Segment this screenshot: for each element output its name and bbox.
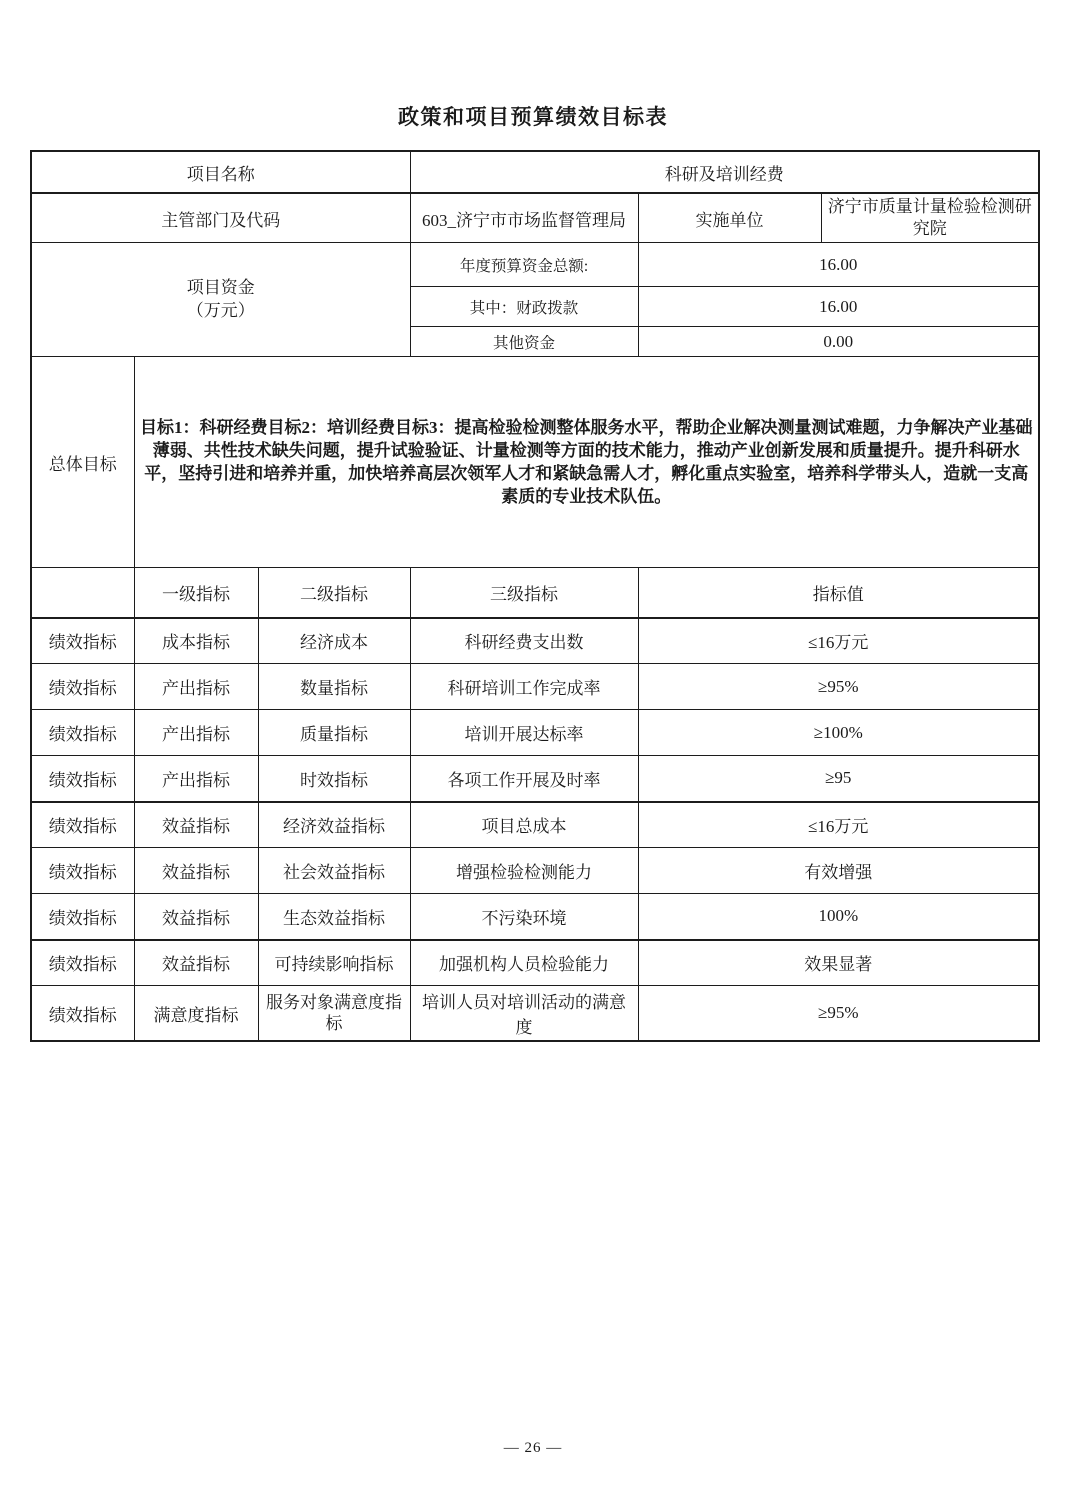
indicator-category-cell: 绩效指标 (31, 848, 134, 894)
project-funds-label-cell: 项目资金 （万元） (31, 243, 410, 357)
indicator-category-cell: 绩效指标 (31, 894, 134, 940)
dept-code-value-cell: 603_济宁市市场监督管理局 (410, 193, 638, 243)
indicator-row: 绩效指标 效益指标 生态效益指标 不污染环境 100% (31, 894, 1039, 940)
impl-unit-label-cell: 实施单位 (638, 193, 821, 243)
indicator-level2-cell: 经济成本 (258, 618, 410, 664)
indicator-header-row: 一级指标 二级指标 三级指标 指标值 (31, 568, 1039, 618)
department-row: 主管部门及代码 603_济宁市市场监督管理局 实施单位 济宁市质量计量检验检测研… (31, 193, 1039, 243)
page-number: — 26 — (0, 1440, 1066, 1457)
overall-goal-label-cell: 总体目标 (31, 357, 134, 568)
overall-goal-row: 总体目标 目标1：科研经费目标2：培训经费目标3：提高检验检测整体服务水平，帮助… (31, 357, 1039, 568)
indicator-level3-cell: 培训开展达标率 (410, 710, 638, 756)
indicator-value-cell: ≤16万元 (638, 618, 1039, 664)
indicator-row: 绩效指标 产出指标 时效指标 各项工作开展及时率 ≥95 (31, 756, 1039, 802)
indicator-value-cell: ≥100% (638, 710, 1039, 756)
project-name-value-cell: 科研及培训经费 (410, 151, 1039, 193)
indicator-level2-cell: 质量指标 (258, 710, 410, 756)
indicator-level1-cell: 满意度指标 (134, 986, 258, 1042)
indicator-level1-cell: 成本指标 (134, 618, 258, 664)
indicator-category-cell: 绩效指标 (31, 802, 134, 848)
indicator-level2-cell: 经济效益指标 (258, 802, 410, 848)
funds-total-value-cell: 16.00 (638, 243, 1039, 287)
indicator-header-corner-cell (31, 568, 134, 618)
project-name-row: 项目名称 科研及培训经费 (31, 151, 1039, 193)
indicator-row: 绩效指标 效益指标 经济效益指标 项目总成本 ≤16万元 (31, 802, 1039, 848)
indicator-header-level3-cell: 三级指标 (410, 568, 638, 618)
indicator-row: 绩效指标 效益指标 社会效益指标 增强检验检测能力 有效增强 (31, 848, 1039, 894)
indicator-row: 绩效指标 产出指标 质量指标 培训开展达标率 ≥100% (31, 710, 1039, 756)
indicator-level3-cell: 培训人员对培训活动的满意度 (410, 986, 638, 1042)
indicator-category-cell: 绩效指标 (31, 710, 134, 756)
indicator-category-cell: 绩效指标 (31, 618, 134, 664)
indicator-level1-cell: 产出指标 (134, 664, 258, 710)
indicator-level2-cell: 时效指标 (258, 756, 410, 802)
indicator-value-cell: ≤16万元 (638, 802, 1039, 848)
indicator-category-cell: 绩效指标 (31, 756, 134, 802)
indicator-value-cell: ≥95% (638, 664, 1039, 710)
overall-goal-text-cell: 目标1：科研经费目标2：培训经费目标3：提高检验检测整体服务水平，帮助企业解决测… (134, 357, 1039, 568)
indicator-level1-cell: 效益指标 (134, 848, 258, 894)
funds-total-label-cell: 年度预算资金总额: (410, 243, 638, 287)
indicator-value-cell: ≥95% (638, 986, 1039, 1042)
funds-other-label-cell: 其他资金 (410, 327, 638, 357)
indicator-category-cell: 绩效指标 (31, 940, 134, 986)
dept-code-label-cell: 主管部门及代码 (31, 193, 410, 243)
budget-performance-table: 项目名称 科研及培训经费 主管部门及代码 603_济宁市市场监督管理局 实施单位… (30, 150, 1040, 1042)
indicator-header-level2-cell: 二级指标 (258, 568, 410, 618)
indicator-row: 绩效指标 成本指标 经济成本 科研经费支出数 ≤16万元 (31, 618, 1039, 664)
funds-other-value-cell: 0.00 (638, 327, 1039, 357)
indicator-level2-cell: 服务对象满意度指标 (258, 986, 410, 1042)
indicator-header-level1-cell: 一级指标 (134, 568, 258, 618)
indicator-row: 绩效指标 效益指标 可持续影响指标 加强机构人员检验能力 效果显著 (31, 940, 1039, 986)
indicator-level1-cell: 效益指标 (134, 894, 258, 940)
indicator-level2-cell: 数量指标 (258, 664, 410, 710)
indicator-level2-cell: 社会效益指标 (258, 848, 410, 894)
indicator-level1-cell: 效益指标 (134, 940, 258, 986)
indicator-level2-cell: 生态效益指标 (258, 894, 410, 940)
indicator-value-cell: ≥95 (638, 756, 1039, 802)
indicator-level3-cell: 各项工作开展及时率 (410, 756, 638, 802)
indicator-row: 绩效指标 产出指标 数量指标 科研培训工作完成率 ≥95% (31, 664, 1039, 710)
impl-unit-value-cell: 济宁市质量计量检验检测研究院 (821, 193, 1039, 243)
indicator-level3-cell: 加强机构人员检验能力 (410, 940, 638, 986)
funds-fiscal-value-cell: 16.00 (638, 287, 1039, 327)
indicator-value-cell: 效果显著 (638, 940, 1039, 986)
indicator-header-value-cell: 指标值 (638, 568, 1039, 618)
indicator-level3-cell: 科研经费支出数 (410, 618, 638, 664)
indicator-level3-cell: 不污染环境 (410, 894, 638, 940)
indicator-level1-cell: 产出指标 (134, 756, 258, 802)
indicator-category-cell: 绩效指标 (31, 664, 134, 710)
indicator-category-cell: 绩效指标 (31, 986, 134, 1042)
indicator-value-cell: 有效增强 (638, 848, 1039, 894)
funds-row-total: 项目资金 （万元） 年度预算资金总额: 16.00 (31, 243, 1039, 287)
indicator-level1-cell: 效益指标 (134, 802, 258, 848)
page-title: 政策和项目预算绩效目标表 (0, 101, 1066, 131)
indicator-value-cell: 100% (638, 894, 1039, 940)
indicator-level1-cell: 产出指标 (134, 710, 258, 756)
indicator-level3-cell: 项目总成本 (410, 802, 638, 848)
project-name-label-cell: 项目名称 (31, 151, 410, 193)
indicator-level2-cell: 可持续影响指标 (258, 940, 410, 986)
funds-fiscal-label-cell: 其中：财政拨款 (410, 287, 638, 327)
indicator-row: 绩效指标 满意度指标 服务对象满意度指标 培训人员对培训活动的满意度 ≥95% (31, 986, 1039, 1042)
indicator-level3-cell: 增强检验检测能力 (410, 848, 638, 894)
indicator-level3-cell: 科研培训工作完成率 (410, 664, 638, 710)
